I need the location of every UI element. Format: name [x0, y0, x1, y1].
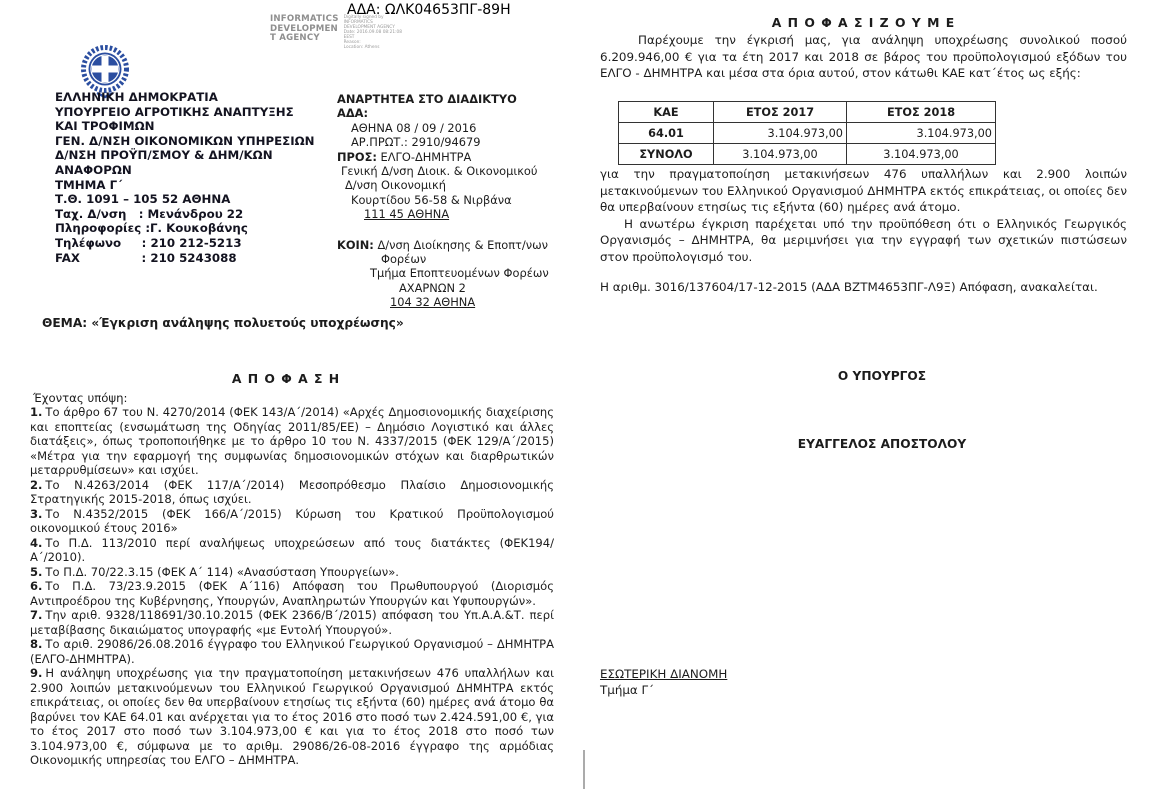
list-item: 4.Το Π.Δ. 113/2010 περί αναλήψεως υποχρε… [30, 536, 554, 565]
sender-line: ΥΠΟΥΡΓΕΙΟ ΑΓΡΟΤΙΚΗΣ ΑΝΑΠΤΥΞΗΣ [55, 105, 315, 120]
pros-line: Γενική Δ/νση Διοικ. & Οικονομικού [337, 164, 549, 178]
total-label-cell: ΣΥΝΟΛΟ [619, 144, 714, 165]
list-item: 7.Την αριθ. 9328/118691/30.10.2015 (ΦΕΚ … [30, 608, 554, 637]
sender-line: ΚΑΙ ΤΡΟΦΙΜΩΝ [55, 119, 315, 134]
subject-label: ΘΕΜΑ: [42, 316, 87, 330]
decision-heading: Α Π Ο Φ Α Σ Η [0, 371, 572, 386]
list-item: 8.Το αριθ. 29086/26.08.2016 έγγραφο του … [30, 637, 554, 666]
table-row: 64.01 3.104.973,00 3.104.973,00 [619, 123, 996, 144]
list-item: 9.Η ανάληψη υποχρέωσης για την πραγματοπ… [30, 666, 554, 768]
amount-2017-cell: 3.104.973,00 [714, 123, 847, 144]
col-header-year-2017: ΕΤΟΣ 2017 [714, 102, 847, 123]
digital-signature-stamp: INFORMATICS DEVELOPMEN T AGENCY Digitall… [270, 15, 414, 50]
decision-intro-paragraph: Παρέχουμε την έγκρισή μας, για ανάληψη υ… [600, 32, 1127, 82]
sender-line: ΑΝΑΦΟΡΩΝ [55, 163, 315, 178]
condition-paragraph: Η ανωτέρω έγκριση παρέχεται υπό την προϋ… [600, 216, 1127, 266]
city-date: ΑΘΗΝΑ 08 / 09 / 2016 [337, 121, 549, 135]
koin-label: ΚΟΙΝ: [337, 238, 374, 252]
koin-line: ΑΧΑΡΝΩΝ 2 [337, 281, 549, 295]
table-header-row: ΚΑΕ ΕΤΟΣ 2017 ΕΤΟΣ 2018 [619, 102, 996, 123]
stamp-agency-line: T AGENCY [270, 34, 339, 44]
after-table-paragraph: για την πραγματοποίηση μετακινήσεων 476 … [600, 166, 1127, 216]
internal-distribution-block: ΕΣΩΤΕΡΙΚΗ ΔΙΑΝΟΜΗ Τμήμα Γ΄ [600, 666, 727, 698]
sender-line: Τ.Θ. 1091 – 105 52 ΑΘΗΝΑ [55, 192, 315, 207]
subject-line: ΘΕΜΑ: «Έγκριση ανάληψης πολυετούς υποχρέ… [42, 316, 522, 330]
signature-title: Ο ΥΠΟΥΡΓΟΣ [747, 369, 1017, 383]
col-header-year-2018: ΕΤΟΣ 2018 [847, 102, 996, 123]
total-2018-cell: 3.104.973,00 [847, 144, 996, 165]
list-item: 3.Το Ν.4352/2015 (ΦΕΚ 166/Α΄/2015) Κύρωσ… [30, 507, 554, 536]
credit-table: ΚΑΕ ΕΤΟΣ 2017 ΕΤΟΣ 2018 64.01 3.104.973,… [618, 101, 996, 165]
kae-cell: 64.01 [619, 123, 714, 144]
stamp-agency-name: INFORMATICS DEVELOPMEN T AGENCY [270, 15, 339, 50]
pros-line: Κουρτίδου 56-58 & Νιρβάνα [337, 193, 549, 207]
total-2017-cell: 3.104.973,00 [714, 144, 847, 165]
pros-city: 111 45 ΑΘΗΝΑ [337, 207, 549, 221]
koin-line: ΚΟΙΝ: Δ/νση Διοίκησης & Εποπτ/νων [337, 238, 549, 252]
protocol-number: ΑΡ.ΠΡΩΤ.: 2910/94679 [337, 135, 549, 149]
sender-contact-line: Πληροφορίες :Γ. Κουκοβάνης [55, 221, 315, 236]
list-item: 1.Το άρθρο 67 του Ν. 4270/2014 (ΦΕΚ 143/… [30, 405, 554, 478]
sender-line: ΕΛΛΗΝΙΚΗ ΔΗΜΟΚΡΑΤΙΑ [55, 90, 315, 105]
considerations-list: 1.Το άρθρο 67 του Ν. 4270/2014 (ΦΕΚ 143/… [30, 405, 554, 768]
revocation-paragraph: Η αριθμ. 3016/137604/17-12-2015 (ΑΔΑ ΒΖΤ… [600, 279, 1127, 296]
table-total-row: ΣΥΝΟΛΟ 3.104.973,00 3.104.973,00 [619, 144, 996, 165]
sender-line: ΓΕΝ. Δ/ΝΣΗ ΟΙΚΟΝΟΜΙΚΩΝ ΥΠΗΡΕΣΙΩΝ [55, 134, 315, 149]
list-item: 5.Το Π.Δ. 70/22.3.15 (ΦΕΚ Α΄ 114) «Ανασύ… [30, 565, 554, 580]
pros-label: ΠΡΟΣ: [337, 150, 377, 164]
koin-line: Τμήμα Εποπτευομένων Φορέων [337, 266, 549, 280]
koin-city: 104 32 ΑΘΗΝΑ [337, 295, 549, 309]
internal-distribution-heading: ΕΣΩΤΕΡΙΚΗ ΔΙΑΝΟΜΗ [600, 666, 727, 682]
col-header-kae: ΚΑΕ [619, 102, 714, 123]
amount-2018-cell: 3.104.973,00 [847, 123, 996, 144]
signature-name: ΕΥΑΓΓΕΛΟΣ ΑΠΟΣΤΟΛΟΥ [747, 437, 1017, 451]
list-item: 6.Το Π.Δ. 73/23.9.2015 (ΦΕΚ Α΄116) Απόφα… [30, 579, 554, 608]
internal-distribution-line: Τμήμα Γ΄ [600, 682, 727, 698]
pros-line: Δ/νση Οικονομική [337, 178, 549, 192]
koin-line: Φορέων [337, 252, 549, 266]
pros-line: ΠΡΟΣ: ΕΛΓΟ-ΔΗΜΗΤΡΑ [337, 150, 549, 164]
sender-block: ΕΛΛΗΝΙΚΗ ΔΗΜΟΚΡΑΤΙΑ ΥΠΟΥΡΓΕΙΟ ΑΓΡΟΤΙΚΗΣ … [55, 90, 315, 265]
sender-fax-line: FAX : 210 5243088 [55, 251, 315, 266]
sender-address-line: Ταχ. Δ/νση : Μενάνδρου 22 [55, 207, 315, 222]
page-edge-divider [583, 750, 585, 789]
sender-line: Δ/ΝΣΗ ΠΡΟΫΠ/ΣΜΟΥ & ΔΗΜ/ΚΩΝ [55, 148, 315, 163]
decision-body: για την πραγματοποίηση μετακινήσεων 476 … [600, 166, 1127, 295]
stamp-signature-details: Digitally signed by INFORMATICS DEVELOPM… [344, 15, 414, 50]
considerations-intro: Έχοντας υπόψη: [33, 391, 127, 405]
list-item: 2.Το Ν.4263/2014 (ΦΕΚ 117/Α΄/2014) Μεσοπ… [30, 478, 554, 507]
anartitea-label: ΑΝΑΡΤΗΤΕΑ ΣΤΟ ΔΙΑΔΙΚΤΥΟ [337, 92, 549, 106]
sender-line: ΤΜΗΜΑ Γ΄ [55, 178, 315, 193]
publication-recipients-block: ΑΝΑΡΤΗΤΕΑ ΣΤΟ ΔΙΑΔΙΚΤΥΟ ΑΔΑ: ΑΘΗΝΑ 08 / … [337, 92, 549, 310]
decide-heading: Α Π Ο Φ Α Σ Ι Ζ Ο Υ Μ Ε [600, 15, 1127, 30]
ada-label: ΑΔΑ: [337, 106, 549, 120]
sender-phone-line: Τηλέφωνο : 210 212-5213 [55, 236, 315, 251]
